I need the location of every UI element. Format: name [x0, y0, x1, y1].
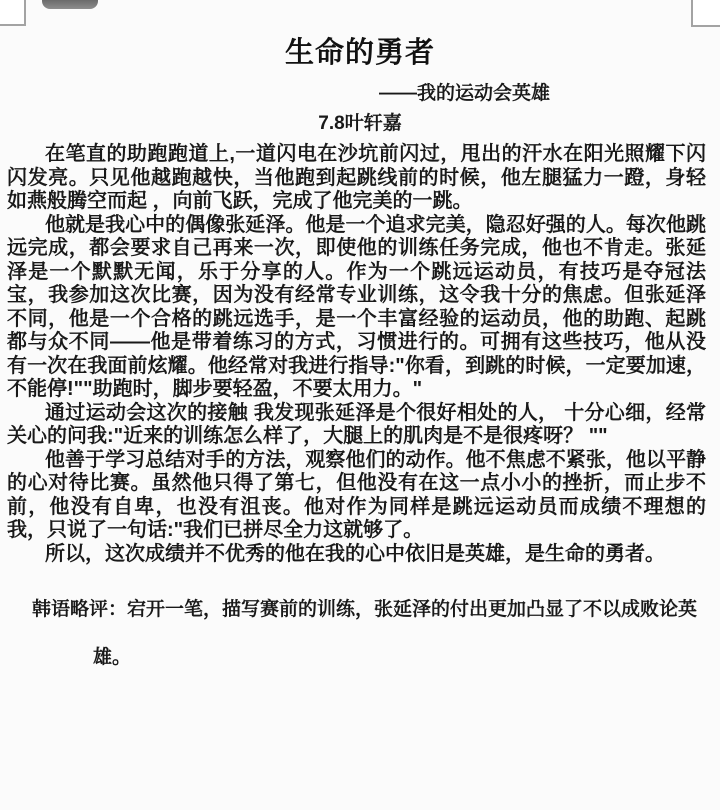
essay-body: 在笔直的助跑跑道上,一道闪电在沙坑前闪过，甩出的汗水在阳光照耀下闪闪发亮。只见他… — [7, 143, 706, 566]
teacher-comment-line-1: 韩语略评：宕开一笔，描写赛前的训练，张延泽的付出更加凸显了不以成败论英 — [32, 598, 716, 622]
scanned-essay-page: 生命的勇者 ——我的运动会英雄 7.8叶轩嘉 在笔直的助跑跑道上,一道闪电在沙坑… — [0, 0, 720, 810]
essay-paragraph-4: 他善于学习总结对手的方法，观察他们的动作。他不焦虑不紧张，他以平静的心对待比赛。… — [7, 449, 706, 543]
essay-author: 7.8叶轩嘉 — [0, 108, 720, 135]
essay-paragraph-3: 通过运动会这次的接触 我发现张延泽是个很好相处的人， 十分心细，经常关心的问我:… — [7, 402, 706, 449]
essay-paragraph-1: 在笔直的助跑跑道上,一道闪电在沙坑前闪过，甩出的汗水在阳光照耀下闪闪发亮。只见他… — [7, 143, 706, 214]
essay-title: 生命的勇者 — [0, 30, 720, 71]
teacher-comment-line-2: 雄。 — [93, 646, 716, 670]
teacher-comment: 韩语略评：宕开一笔，描写赛前的训练，张延泽的付出更加凸显了不以成败论英 雄。 — [0, 598, 716, 670]
page-corner-top-left — [0, 0, 26, 26]
page-corner-top-right — [691, 0, 720, 27]
gray-tab-shape — [42, 0, 98, 9]
essay-paragraph-5: 所以，这次成绩并不优秀的他在我的心中依旧是英雄，是生命的勇者。 — [7, 543, 706, 567]
essay-subtitle: ——我的运动会英雄 — [0, 78, 720, 105]
essay-paragraph-2: 他就是我心中的偶像张延泽。他是一个追求完美，隐忍好强的人。每次他跳远完成，都会要… — [7, 214, 706, 402]
